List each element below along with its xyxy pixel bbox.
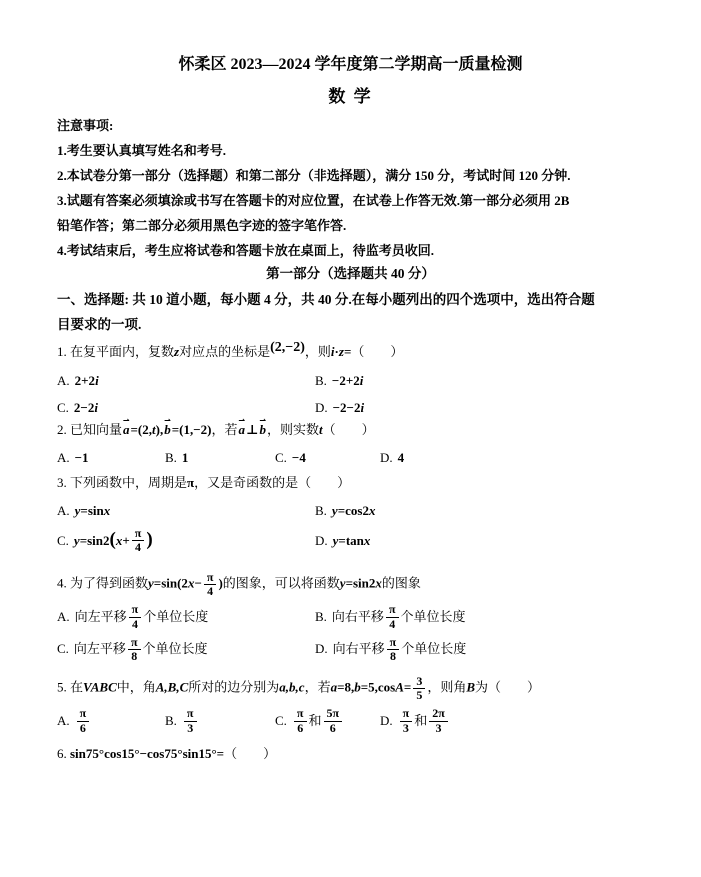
math-variable: i <box>360 370 364 392</box>
question-5: 5. 在VABC中，角A,B,C所对的边分别为a,b,c，若a=8,b=5,co… <box>57 675 681 735</box>
text-run: （ ） <box>224 746 276 761</box>
option-label: B. <box>315 370 327 392</box>
question-2: 2. 已知向量a=(2,t),b=(1,−2)，若a⊥b，则实数t（ ）A.−1… <box>57 418 681 469</box>
math-run: 1 <box>182 447 189 469</box>
question-6: 6. sin75°cos15°−cos75°sin15°=（ ） <box>57 742 681 766</box>
text-run: ，又是奇函数的是（ ） <box>194 475 350 490</box>
option-row: A.2+2iB.−2+2i <box>57 370 681 392</box>
text-run: ，则角 <box>427 680 466 695</box>
fraction: π8 <box>387 636 400 663</box>
option-C: C.y=sin2(x+π4) <box>57 527 315 554</box>
text-run: 和 <box>309 710 322 732</box>
option-row: A.向左平移π4个单位长度B.向右平移π4个单位长度 <box>57 603 681 630</box>
math-run: =(1,−2) <box>172 422 212 437</box>
fraction: π4 <box>204 571 217 598</box>
option-label: C. <box>57 397 69 419</box>
fraction: 5π6 <box>324 707 343 734</box>
option-D: D.向右平移π8个单位长度 <box>315 636 681 663</box>
fraction: π3 <box>400 707 413 734</box>
text-run: 5. 在 <box>57 680 83 695</box>
fraction-numerator: 2π <box>429 707 448 721</box>
math-run: −2+2 <box>332 370 360 392</box>
question-stem: 2. 已知向量a=(2,t),b=(1,−2)，若a⊥b，则实数t（ ） <box>57 418 681 442</box>
option-A: A.向左平移π4个单位长度 <box>57 603 315 630</box>
text-run: ，则 <box>305 344 331 359</box>
math-run: −2−2 <box>333 397 361 419</box>
option-D: D.−2−2i <box>315 397 681 419</box>
questions: 1. 在复平面内，复数z对应点的坐标是(2,−2)，则i·z=（ ）A.2+2i… <box>0 0 701 877</box>
option-label: D. <box>315 530 328 552</box>
option-label: B. <box>315 606 327 628</box>
text-run: 个单位长度 <box>401 638 466 660</box>
text-run: 向右平移 <box>333 638 385 660</box>
question-stem: 3. 下列函数中，周期是π，又是奇函数的是（ ） <box>57 471 681 495</box>
fraction-numerator: π <box>128 636 141 650</box>
vector-symbol: a <box>123 418 130 442</box>
math-raised: (2,−2) <box>270 340 305 355</box>
text-run: 6. <box>57 746 70 761</box>
text-run: 个单位长度 <box>143 606 208 628</box>
fraction-denominator: 3 <box>433 722 445 735</box>
vector-symbol: b <box>259 418 266 442</box>
option-label: C. <box>275 710 287 732</box>
option-label: A. <box>57 447 70 469</box>
option-C: C.−4 <box>275 447 380 469</box>
text-run: ，则实数 <box>267 422 319 437</box>
math-variable: i <box>95 370 99 392</box>
option-A: A.2+2i <box>57 370 315 392</box>
math-run: =8, <box>337 680 354 695</box>
text-run: 所对的边分别为 <box>188 680 279 695</box>
math-run: =5,cos <box>361 680 396 695</box>
option-C: C.π6和5π6 <box>275 707 380 734</box>
option-A: A.π6 <box>57 707 165 734</box>
math-variable: B <box>466 680 475 695</box>
fraction-denominator: 4 <box>386 618 398 631</box>
text-run: （ ） <box>351 344 403 359</box>
fraction: π4 <box>129 603 142 630</box>
option-row: A.π6B.π3C.π6和5π6D.π3和2π3 <box>57 707 681 734</box>
option-B: B.−2+2i <box>315 370 681 392</box>
option-A: A.y=sinx <box>57 500 315 522</box>
text-run: ，若 <box>305 680 331 695</box>
option-row: C.y=sin2(x+π4)D.y=tanx <box>57 527 681 554</box>
text-run: 向左平移 <box>75 606 127 628</box>
math-run: =cos2 <box>338 500 369 522</box>
text-run: 向左平移 <box>74 638 126 660</box>
math-run: =sin2 <box>346 576 376 591</box>
fraction-numerator: π <box>294 707 307 721</box>
option-label: C. <box>57 530 69 552</box>
option-B: B.向右平移π4个单位长度 <box>315 603 681 630</box>
math-run: =sin2 <box>80 530 110 552</box>
fraction: 35 <box>413 675 425 702</box>
fraction-denominator: 6 <box>327 722 339 735</box>
question-stem: 6. sin75°cos15°−cos75°sin15°=（ ） <box>57 742 681 766</box>
question-stem: 5. 在VABC中，角A,B,C所对的边分别为a,b,c，若a=8,b=5,co… <box>57 675 681 702</box>
math-variable: A,B,C <box>156 680 189 695</box>
text-run: 向右平移 <box>332 606 384 628</box>
text-run: 对应点的坐标是 <box>179 344 270 359</box>
math-run: −1 <box>75 447 89 469</box>
math-run: ⊥ <box>246 422 258 437</box>
fraction-numerator: π <box>387 636 400 650</box>
fraction: π6 <box>294 707 307 734</box>
option-row: A.y=sinxB.y=cos2x <box>57 500 681 522</box>
option-label: D. <box>315 397 328 419</box>
fraction-denominator: 8 <box>387 650 399 663</box>
text-run: ，若 <box>211 422 237 437</box>
option-row: A.−1B.1C.−4D.4 <box>57 447 681 469</box>
option-label: A. <box>57 710 70 732</box>
math-run: −4 <box>292 447 306 469</box>
fraction-denominator: 6 <box>77 722 89 735</box>
vector-symbol: a <box>238 418 245 442</box>
fraction-denominator: 3 <box>400 722 412 735</box>
math-run: − <box>194 576 201 591</box>
math-variable: x <box>104 500 111 522</box>
fraction-numerator: π <box>386 603 399 617</box>
text-run: 中，角 <box>117 680 156 695</box>
fraction-numerator: π <box>400 707 413 721</box>
text-run: 和 <box>414 710 427 732</box>
fraction-numerator: π <box>184 707 197 721</box>
math-run: =sin <box>80 500 103 522</box>
vector-symbol: b <box>164 418 171 442</box>
fraction-denominator: 5 <box>413 689 425 702</box>
math-run: 2+2 <box>75 370 95 392</box>
fraction: π4 <box>132 527 145 554</box>
fraction-denominator: 4 <box>132 541 144 554</box>
math-variable: a,b,c <box>279 680 304 695</box>
fraction-denominator: 3 <box>184 722 196 735</box>
option-D: D.y=tanx <box>315 530 681 552</box>
text-run: 个单位长度 <box>143 638 208 660</box>
option-label: C. <box>57 638 69 660</box>
option-label: D. <box>380 447 393 469</box>
math-run: = <box>404 680 411 695</box>
option-label: A. <box>57 370 70 392</box>
option-label: A. <box>57 606 70 628</box>
option-row: C.2−2iD.−2−2i <box>57 397 681 419</box>
option-label: C. <box>275 447 287 469</box>
option-B: B.π3 <box>165 707 275 734</box>
big-paren: ) <box>146 529 152 551</box>
math-variable: A <box>395 680 404 695</box>
fraction-denominator: 4 <box>204 585 216 598</box>
math-run: =tan <box>338 530 363 552</box>
fraction-numerator: 3 <box>413 675 425 689</box>
option-A: A.−1 <box>57 447 165 469</box>
math-run: 4 <box>398 447 405 469</box>
option-C: C.向左平移π8个单位长度 <box>57 636 315 663</box>
fraction: π6 <box>77 707 90 734</box>
text-run: 4. 为了得到函数 <box>57 576 148 591</box>
math-run: ), <box>156 422 164 437</box>
math-run: =(2, <box>131 422 153 437</box>
option-B: B.1 <box>165 447 275 469</box>
text-run: 的图象，可以将函数 <box>223 576 340 591</box>
option-D: D.π3和2π3 <box>380 707 681 734</box>
text-run: 2. 已知向量 <box>57 422 122 437</box>
option-row: C.向左平移π8个单位长度D.向右平移π8个单位长度 <box>57 636 681 663</box>
option-label: D. <box>380 710 393 732</box>
option-label: D. <box>315 638 328 660</box>
fraction-numerator: π <box>204 571 217 585</box>
fraction-numerator: π <box>129 603 142 617</box>
math-variable: x <box>369 500 376 522</box>
fraction-numerator: π <box>77 707 90 721</box>
text-run: 3. 下列函数中，周期是 <box>57 475 187 490</box>
text-run: （ ） <box>323 422 375 437</box>
question-stem: 1. 在复平面内，复数z对应点的坐标是(2,−2)，则i·z=（ ） <box>57 340 681 365</box>
option-C: C.2−2i <box>57 397 315 419</box>
text-run: 个单位长度 <box>401 606 466 628</box>
option-label: B. <box>165 447 177 469</box>
option-label: B. <box>165 710 177 732</box>
option-B: B.y=cos2x <box>315 500 681 522</box>
question-4: 4. 为了得到函数y=sin(2x−π4)的图象，可以将函数y=sin2x的图象… <box>57 571 681 663</box>
exam-page: 怀柔区 2023—2024 学年度第二学期高一质量检测 数 学 注意事项: 1.… <box>0 0 701 877</box>
fraction-numerator: 5π <box>324 707 343 721</box>
question-3: 3. 下列函数中，周期是π，又是奇函数的是（ ）A.y=sinxB.y=cos2… <box>57 471 681 554</box>
fraction: 2π3 <box>429 707 448 734</box>
math-run: =sin(2 <box>154 576 188 591</box>
question-1: 1. 在复平面内，复数z对应点的坐标是(2,−2)，则i·z=（ ）A.2+2i… <box>57 340 681 419</box>
fraction-denominator: 8 <box>128 650 140 663</box>
text-run: 的图象 <box>382 576 421 591</box>
fraction-numerator: π <box>132 527 145 541</box>
fraction-denominator: 6 <box>294 722 306 735</box>
question-stem: 4. 为了得到函数y=sin(2x−π4)的图象，可以将函数y=sin2x的图象 <box>57 571 681 598</box>
option-label: B. <box>315 500 327 522</box>
option-D: D.4 <box>380 447 681 469</box>
math-variable: x <box>364 530 371 552</box>
math-variable: VABC <box>83 680 117 695</box>
option-label: A. <box>57 500 70 522</box>
math-variable: i <box>360 397 364 419</box>
math-variable: i <box>94 397 98 419</box>
fraction: π4 <box>386 603 399 630</box>
fraction: π3 <box>184 707 197 734</box>
text-run: 1. 在复平面内，复数 <box>57 344 174 359</box>
math-run: + <box>122 530 129 552</box>
text-run: 为（ ） <box>475 680 540 695</box>
math-run: 2−2 <box>74 397 94 419</box>
math-run: sin75°cos15°−cos75°sin15°= <box>70 746 224 761</box>
big-paren: ( <box>110 529 116 551</box>
fraction-denominator: 4 <box>129 618 141 631</box>
fraction: π8 <box>128 636 141 663</box>
